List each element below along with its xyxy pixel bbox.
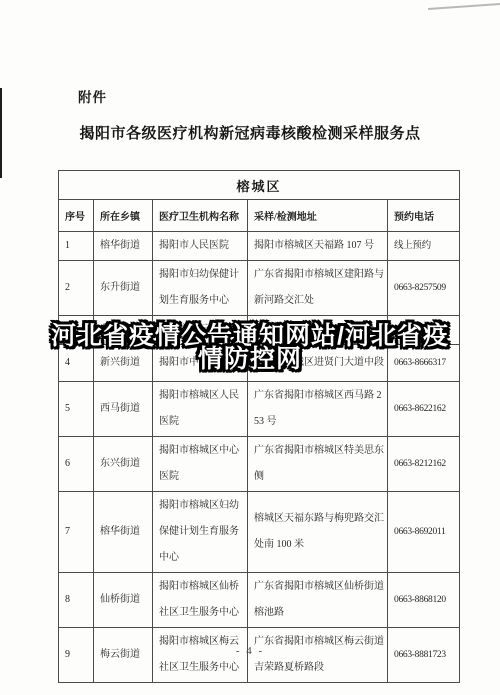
table-cell: 广东省揭阳市榕城区仙桥街道榕池路 — [248, 573, 388, 628]
service-points-table: 榕城区 序号所在乡镇医疗卫生机构名称采样/检测地址预约电话 1榕华街道揭阳市人民… — [58, 170, 460, 683]
table-column-header: 所在乡镇 — [94, 200, 153, 232]
table-cell: 4 — [59, 345, 94, 382]
table-cell: 东兴街道 — [94, 316, 153, 345]
table-cell: 2 — [59, 261, 94, 316]
table-cell: 榕华街道 — [94, 492, 153, 573]
page-number: - 4 - — [0, 645, 500, 657]
table-cell: 7 — [59, 492, 94, 573]
attachment-label: 附件 — [78, 86, 107, 106]
table-cell: 揭阳市榕城区仙桥社区卫生服务中心 — [153, 573, 248, 628]
table-cell: 榕华街道 — [94, 232, 153, 261]
table-cell: 0663-8868120 — [388, 573, 460, 628]
table-cell: 揭阳市榕城区天福路 107 号 — [248, 232, 388, 261]
table-cell: 1 — [59, 232, 94, 261]
table-column-header: 预约电话 — [388, 200, 460, 232]
table-cell: 揭阳市妇幼保健计划生育服务中心 — [153, 261, 248, 316]
table-cell: 揭阳市人民医院 — [153, 232, 248, 261]
table-cell: 揭阳市榕城区中心医院 — [153, 437, 248, 492]
table-cell: 0663-8692011 — [388, 492, 460, 573]
table-cell: 榕城区天福东路与梅兜路交汇处南 100 米 — [248, 492, 388, 573]
table-row: 7榕华街道揭阳市榕城区妇幼保健计划生育服务中心榕城区天福东路与梅兜路交汇处南 1… — [59, 492, 460, 573]
table-cell: 0663-8212162 — [388, 437, 460, 492]
document-page: 附件 揭阳市各级医疗机构新冠病毒核酸检测采样服务点 榕城区 序号所在乡镇医疗卫生… — [0, 0, 500, 695]
table-cell: 揭阳市榕城区人民医院 — [153, 382, 248, 437]
table-cell: 揭阳市榕城区进贤门大道中段 — [248, 345, 388, 382]
table-cell: 0663-8257509 — [388, 261, 460, 316]
column-header-row: 序号所在乡镇医疗卫生机构名称采样/检测地址预约电话 — [59, 200, 460, 232]
table-cell: 揭阳市慈云医院 — [153, 316, 248, 345]
table-row: 3东兴街道揭阳市慈云医院揭阳市榕城区淡浦南路中段0663-8920260 — [59, 316, 460, 345]
table-row: 5西马街道揭阳市榕城区人民医院广东省揭阳市榕城区西马路 253 号0663-86… — [59, 382, 460, 437]
table-row: 4新兴街道揭阳市中医院揭阳市榕城区进贤门大道中段0663-8666317 — [59, 345, 460, 382]
table-cell: 东升街道 — [94, 261, 153, 316]
table-row: 2东升街道揭阳市妇幼保健计划生育服务中心广东省揭阳市榕城区建阳路与新河路交汇处0… — [59, 261, 460, 316]
scan-artifact-page-corner-line — [428, 3, 500, 10]
table-cell: 0663-8622162 — [388, 382, 460, 437]
table-cell: 0663-8666317 — [388, 345, 460, 382]
table-cell: 线上预约 — [388, 232, 460, 261]
table-column-header: 采样/检测地址 — [248, 200, 388, 232]
table-cell: 5 — [59, 382, 94, 437]
table-cell: 西马街道 — [94, 382, 153, 437]
district-header-row: 榕城区 — [59, 171, 460, 200]
table-cell: 3 — [59, 316, 94, 345]
table-cell: 揭阳市榕城区淡浦南路中段 — [248, 316, 388, 345]
table-cell: 广东省揭阳市榕城区建阳路与新河路交汇处 — [248, 261, 388, 316]
document-title: 揭阳市各级医疗机构新冠病毒核酸检测采样服务点 — [0, 122, 500, 143]
table-column-header: 序号 — [59, 200, 94, 232]
table-cell: 广东省揭阳市榕城区西马路 253 号 — [248, 382, 388, 437]
table-cell: 6 — [59, 437, 94, 492]
table-cell: 0663-8920260 — [388, 316, 460, 345]
table-cell: 揭阳市榕城区妇幼保健计划生育服务中心 — [153, 492, 248, 573]
table-cell: 广东省揭阳市榕城区特美思东侧 — [248, 437, 388, 492]
district-header: 榕城区 — [59, 171, 460, 200]
table-row: 1榕华街道揭阳市人民医院揭阳市榕城区天福路 107 号线上预约 — [59, 232, 460, 261]
table-cell: 揭阳市中医院 — [153, 345, 248, 382]
table-row: 8仙桥街道揭阳市榕城区仙桥社区卫生服务中心广东省揭阳市榕城区仙桥街道榕池路066… — [59, 573, 460, 628]
table-column-header: 医疗卫生机构名称 — [153, 200, 248, 232]
table-cell: 新兴街道 — [94, 345, 153, 382]
table-row: 6东兴街道揭阳市榕城区中心医院广东省揭阳市榕城区特美思东侧0663-821216… — [59, 437, 460, 492]
table-cell: 8 — [59, 573, 94, 628]
table-cell: 仙桥街道 — [94, 573, 153, 628]
table-cell: 东兴街道 — [94, 437, 153, 492]
